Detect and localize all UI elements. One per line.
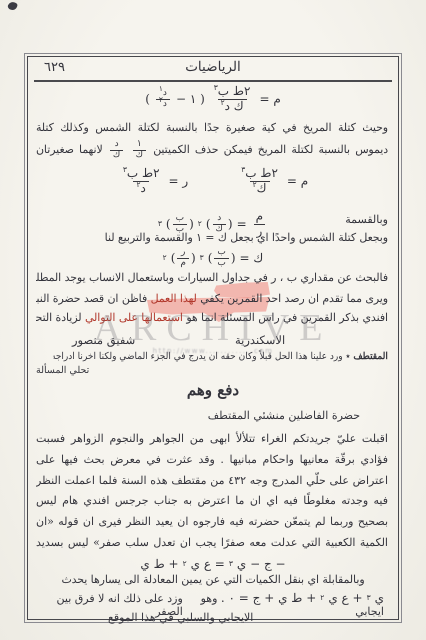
- footnote-continuation: تحلي المسألة: [36, 365, 89, 376]
- math-term: ك: [133, 150, 146, 161]
- math-term: ٢ط ب: [245, 166, 278, 180]
- math-term: ): [208, 251, 213, 265]
- math-term: ٢ط ب: [127, 166, 160, 180]
- fraction: رم: [177, 248, 189, 269]
- math-term: د: [112, 140, 122, 150]
- formula-mars: م = ٢ط ب٣ ك٢: [236, 167, 308, 196]
- unify-sun-mass-line: وبجعل كتلة الشمس واحدًا اي بجعل ك = ١ وا…: [36, 229, 388, 246]
- paren-group: (بب): [208, 248, 236, 269]
- math-term: + ع ي: [328, 591, 362, 605]
- footnote-text: ورد علينا هذا الحل قبلاً وكان حقه ان يدر…: [54, 351, 343, 362]
- math-term: د٢: [133, 181, 148, 196]
- formula-5: − ج − ي٣ = ع ي٢ + ط ي: [140, 557, 285, 571]
- formula-1: م = ٢ط ب٣ ك د٢ ( ١ − د١ د٢ ): [145, 85, 281, 114]
- math-term: ١: [134, 140, 145, 150]
- signature-city: الاسكندرية: [235, 333, 285, 347]
- equation-mass-general: م = ٢ط ب٣ ك د٢ ( ١ − د١ د٢ ): [28, 85, 398, 114]
- math-term: د٢: [156, 99, 170, 110]
- paragraph-text: ويرى مما تقدم ان رصد احد القمرين يكفي: [197, 292, 388, 305]
- math-term: ك: [110, 150, 123, 161]
- section-heading: دفع وهم: [28, 381, 398, 399]
- math-term: م =: [259, 92, 280, 106]
- salutation-line: حضرة الفاضلين منشئي المقتطف: [36, 409, 360, 422]
- math-term: ب: [173, 214, 187, 224]
- math-term: = ع ي: [191, 557, 225, 571]
- footnote: المقتطف ٭ ورد علينا هذا الحل قبلاً وكان …: [54, 349, 388, 364]
- math-term: د: [163, 99, 167, 109]
- formula-k: ك = (بب)٣ (رم)٢: [163, 248, 264, 269]
- fraction: دك: [110, 140, 123, 161]
- math-term: + ط ي: [140, 557, 178, 571]
- highlighted-phrase: استعمالها على التوالي: [85, 311, 183, 324]
- paragraph-text: فاظن ان قصد حضرة النبيه عصمت: [36, 292, 151, 305]
- math-term: م: [253, 210, 266, 224]
- math-term: ٢ط ب٣: [211, 85, 254, 99]
- math-term: ٢ط ب٣: [238, 167, 281, 181]
- page-frame: ٦٢٩ الرياضيات م = ٢ط ب٣ ك د٢ ( ١ − د١ د٢…: [27, 56, 399, 620]
- fraction: ٢ط ب٣ ك د٢: [211, 85, 254, 114]
- paragraph-text: لزيادة التحقيق في الجواب: [36, 311, 85, 324]
- equation-cubic: − ج − ي٣ = ع ي٢ + ط ي: [28, 553, 398, 572]
- scanned-page: ٦٢٩ الرياضيات م = ٢ط ب٣ ك د٢ ( ١ − د١ د٢…: [0, 0, 426, 640]
- equation-k-row: ك = (بب)٣ (رم)٢: [28, 247, 398, 268]
- fraction: بب: [214, 248, 228, 269]
- math-term: د: [214, 214, 224, 224]
- math-term: (: [191, 251, 196, 265]
- math-term: ب: [214, 248, 228, 258]
- formula-sun: ر = ٢ط ب٣ د٢: [118, 167, 188, 196]
- math-term: + ط ي + ج = ٠ .: [221, 591, 316, 605]
- math-term: ر: [178, 248, 188, 258]
- math-term: د: [141, 181, 146, 195]
- signature-row: الاسكندرية شفيق منصور: [28, 333, 398, 349]
- signature-name: شفيق منصور: [72, 333, 135, 347]
- math-term: ب: [214, 258, 228, 269]
- math-term: م =: [287, 174, 308, 188]
- math-term: ك =: [240, 251, 264, 265]
- math-term: ر =: [169, 174, 189, 188]
- math-term: (: [231, 251, 236, 265]
- equation-pair-row: م = ٢ط ب٣ ك٢ ر = ٢ط ب٣ د٢: [28, 167, 398, 196]
- math-term: ك: [257, 181, 267, 195]
- observation-line-2: افندي بذكر القمرين في راس المسئلة انما ه…: [36, 308, 388, 327]
- math-term: ي: [375, 591, 384, 605]
- math-term: ك د: [225, 99, 244, 113]
- observation-line-1: ويرى مما تقدم ان رصد احد القمرين يكفي له…: [36, 289, 388, 308]
- header-rule: [34, 80, 392, 82]
- transposition-line: وبالمقابلة اي بنقل الكميات التي عن يمين …: [28, 573, 398, 586]
- math-term: ٢ط ب٣: [120, 167, 163, 181]
- paragraph-text: افندي بذكر القمرين في راس المسئلة انما ه…: [183, 311, 388, 324]
- footnote-star: ٭: [346, 351, 351, 362]
- math-term: ( ١ −: [176, 92, 205, 106]
- addendum-continuation: الايجابي والسلبي في هذا الموقع: [108, 611, 253, 624]
- highlighted-phrase: لهذا العمل: [151, 292, 197, 305]
- paren-group: (رم): [171, 248, 196, 269]
- ink-speck: [7, 1, 18, 12]
- fraction: ٢ط ب٣ ك٢: [238, 167, 281, 196]
- paragraph-mars-mass: وحيث كتلة المريخ في كية صغيرة جدًا بالنس…: [36, 117, 388, 165]
- page-title: الرياضيات: [28, 59, 398, 75]
- math-term: ): [145, 92, 150, 106]
- fraction: د١ د٢: [156, 89, 170, 110]
- math-term: ك د٢: [218, 99, 247, 114]
- search-tables-line: فالبحث عن مقداري ب ، ر في جداول السيارات…: [36, 271, 388, 284]
- fraction: ٢ط ب٣ د٢: [120, 167, 163, 196]
- math-term: ٢ط ب: [218, 84, 251, 98]
- math-term: د: [163, 88, 167, 98]
- math-term: م: [177, 258, 189, 269]
- math-term: − ج − ي: [237, 557, 286, 571]
- fraction: ١ك: [133, 140, 146, 161]
- footnote-label: المقتطف: [353, 351, 388, 362]
- math-term: ك٢: [250, 181, 270, 196]
- math-term: ): [171, 251, 176, 265]
- formula-6: ي٣ + ع ي٢ + ط ي + ج = ٠ .: [221, 591, 384, 605]
- letter-body: اقبلت عليّ جريدتكم الغراء تتلألأ ابهى من…: [36, 429, 388, 555]
